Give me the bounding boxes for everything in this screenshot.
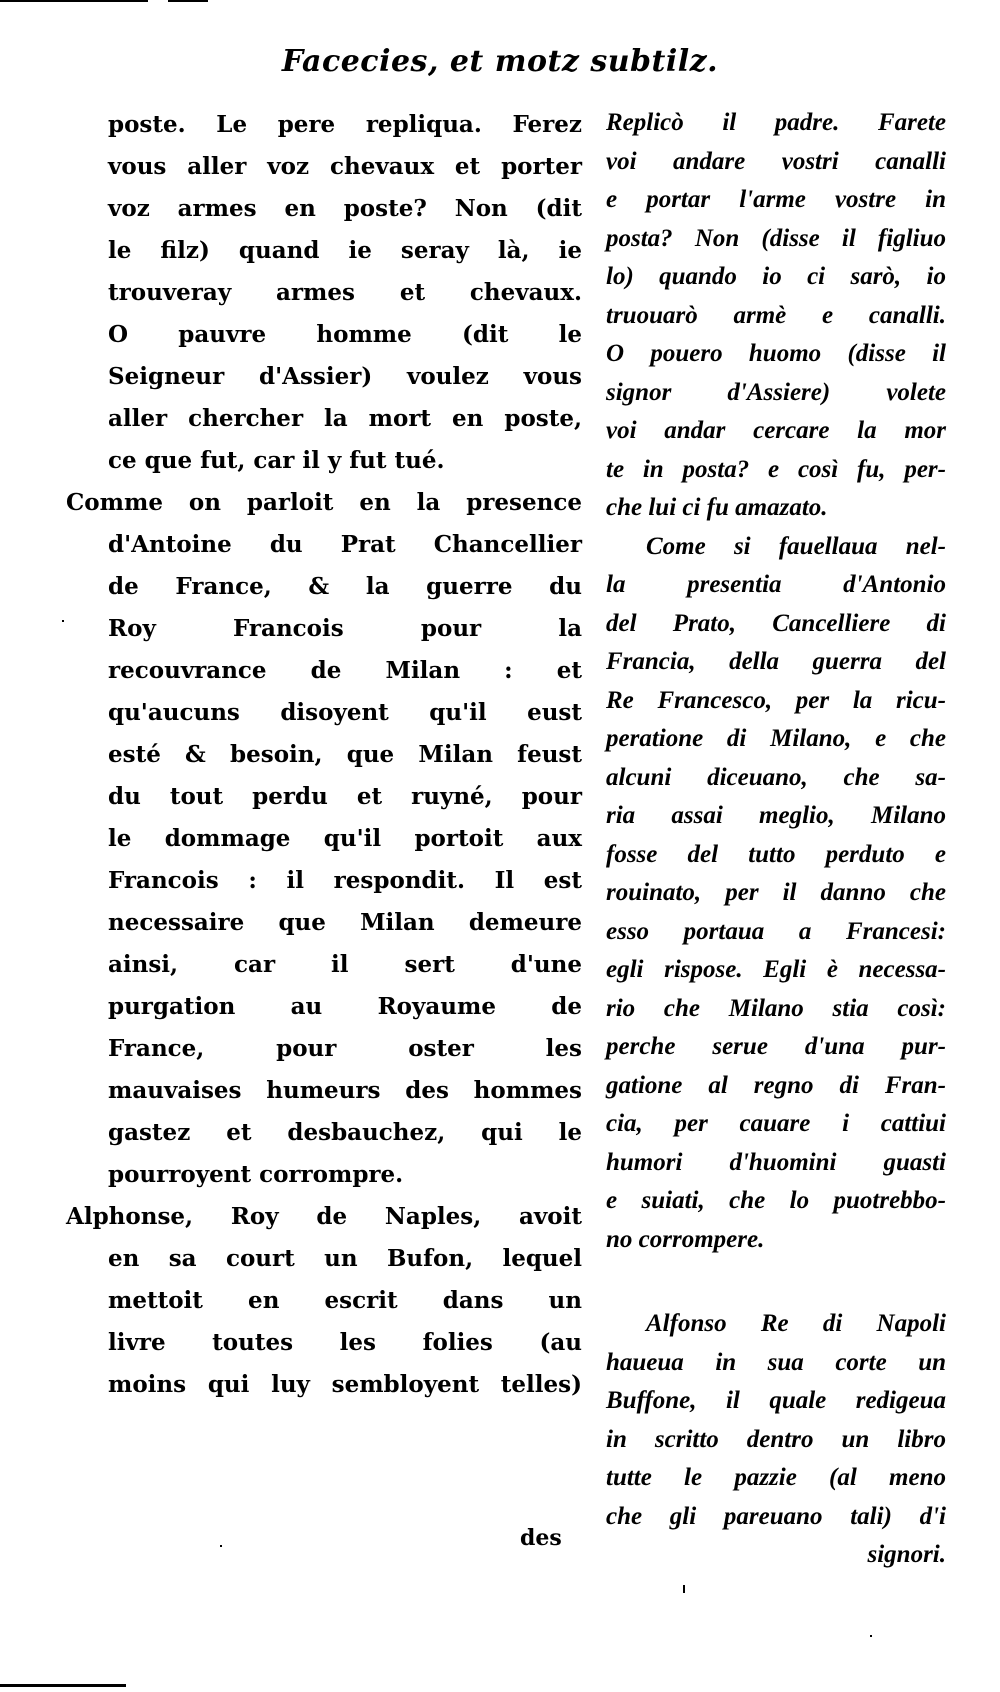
text-line: Francois : il respondit. Il est	[66, 860, 582, 902]
text-line: Replicò il padre. Farete	[606, 104, 946, 143]
text-line: voz armes en poste? Non (dit	[66, 188, 582, 230]
text-line: vous aller voz chevaux et porter	[66, 146, 582, 188]
text-line: Alfonso Re di Napoli	[606, 1305, 946, 1344]
text-line: voi andar cercare la mor	[606, 412, 946, 451]
text-line: O pauvre homme (dit le	[66, 314, 582, 356]
text-line: egli rispose. Egli è necessa-	[606, 951, 946, 990]
text-line: e portar l'arme vostre in	[606, 181, 946, 220]
text-line: Francia, della guerra del	[606, 643, 946, 682]
text-line: d'Antoine du Prat Chancellier	[66, 524, 582, 566]
text-line: en sa court un Bufon, lequel	[66, 1238, 582, 1280]
running-head: Facecies, et motz subtilz.	[0, 44, 1000, 79]
text-line: O pouero huomo (disse il	[606, 335, 946, 374]
text-line: cia, per cauare i cattiui	[606, 1105, 946, 1144]
book-page: Facecies, et motz subtilz. poste. Le per…	[0, 0, 1000, 1692]
scan-speck	[870, 1635, 872, 1637]
text-line: pourroyent corrompre.	[66, 1154, 582, 1196]
catchword: des	[520, 1525, 562, 1551]
text-line: Buffone, il quale redigeua	[606, 1382, 946, 1421]
text-line: gatione al regno di Fran-	[606, 1067, 946, 1106]
italian-column: Replicò il padre. Farete voi andare vost…	[606, 104, 946, 1575]
text-line: necessaire que Milan demeure	[66, 902, 582, 944]
text-line: Comme on parloit en la presence	[66, 482, 582, 524]
text-line: moins qui luy sembloyent telles)	[66, 1364, 582, 1406]
text-line: Re Francesco, per la ricu-	[606, 682, 946, 721]
scan-edge-mark	[168, 0, 208, 2]
italian-paragraph: Come si fauellaua nel- la presentia d'An…	[606, 528, 946, 1260]
text-line: gastez et desbauchez, qui le	[66, 1112, 582, 1154]
scan-speck	[220, 1545, 222, 1547]
text-line: humori d'huomini guasti	[606, 1144, 946, 1183]
text-line: esté & besoin, que Milan feust	[66, 734, 582, 776]
text-line: le dommage qu'il portoit aux	[66, 818, 582, 860]
text-line: che lui ci fu amazato.	[606, 489, 946, 528]
text-line: du tout perdu et ruyné, pour	[66, 776, 582, 818]
text-line: signor d'Assiere) volete	[606, 374, 946, 413]
text-line: fosse del tutto perduto e	[606, 836, 946, 875]
text-line: Alphonse, Roy de Naples, avoit	[66, 1196, 582, 1238]
french-paragraph: Comme on parloit en la presence d'Antoin…	[66, 482, 582, 1196]
text-line: poste. Le pere repliqua. Ferez	[66, 104, 582, 146]
text-line: aller chercher la mort en poste,	[66, 398, 582, 440]
scan-edge-mark	[0, 0, 148, 2]
paragraph-gap	[606, 1259, 946, 1305]
text-line: Come si fauellaua nel-	[606, 528, 946, 567]
text-line: posta? Non (disse il figliuo	[606, 220, 946, 259]
italian-paragraph: Replicò il padre. Farete voi andare vost…	[606, 104, 946, 528]
italian-paragraph: Alfonso Re di Napoli haueua in sua corte…	[606, 1305, 946, 1575]
text-line: perche serue d'una pur-	[606, 1028, 946, 1067]
text-line: purgation au Royaume de	[66, 986, 582, 1028]
text-line: mauvaises humeurs des hommes	[66, 1070, 582, 1112]
text-line: France, pour oster les	[66, 1028, 582, 1070]
text-line: voi andare vostri canalli	[606, 143, 946, 182]
text-line: alcuni diceuano, che sa-	[606, 759, 946, 798]
text-line: rouinato, per il danno che	[606, 874, 946, 913]
text-line: mettoit en escrit dans un	[66, 1280, 582, 1322]
text-line: no corrompere.	[606, 1221, 946, 1260]
text-line: del Prato, Cancelliere di	[606, 605, 946, 644]
text-line: le filz) quand ie seray là, ie	[66, 230, 582, 272]
text-line: tutte le pazzie (al meno	[606, 1459, 946, 1498]
text-line: ria assai meglio, Milano	[606, 797, 946, 836]
text-line: Roy Francois pour la	[66, 608, 582, 650]
text-line: trouveray armes et chevaux.	[66, 272, 582, 314]
text-line: lo) quando io ci sarò, io	[606, 258, 946, 297]
text-line: e suiati, che lo puotrebbo-	[606, 1182, 946, 1221]
text-line: rio che Milano stia così:	[606, 990, 946, 1029]
scan-speck	[62, 620, 64, 622]
text-line: Seigneur d'Assier) voulez vous	[66, 356, 582, 398]
scan-speck	[683, 1585, 685, 1593]
text-line: ainsi, car il sert d'une	[66, 944, 582, 986]
french-paragraph: poste. Le pere repliqua. Ferez vous alle…	[66, 104, 582, 482]
scan-edge-rule	[0, 1684, 126, 1687]
text-line: de France, & la guerre du	[66, 566, 582, 608]
text-line: recouvrance de Milan : et	[66, 650, 582, 692]
text-line: ce que fut, car il y fut tué.	[66, 440, 582, 482]
text-line: te in posta? e così fu, per-	[606, 451, 946, 490]
french-column: poste. Le pere repliqua. Ferez vous alle…	[66, 104, 582, 1406]
text-line: livre toutes les folies (au	[66, 1322, 582, 1364]
text-line: truouarò armè e canalli.	[606, 297, 946, 336]
french-paragraph: Alphonse, Roy de Naples, avoit en sa cou…	[66, 1196, 582, 1406]
text-line: esso portaua a Francesi:	[606, 913, 946, 952]
text-line: la presentia d'Antonio	[606, 566, 946, 605]
text-line: peratione di Milano, e che	[606, 720, 946, 759]
text-line: haueua in sua corte un	[606, 1344, 946, 1383]
text-line: in scritto dentro un libro	[606, 1421, 946, 1460]
text-line: qu'aucuns disoyent qu'il eust	[66, 692, 582, 734]
text-line: che gli pareuano tali) d'i	[606, 1498, 946, 1537]
text-line: signori.	[606, 1536, 946, 1575]
